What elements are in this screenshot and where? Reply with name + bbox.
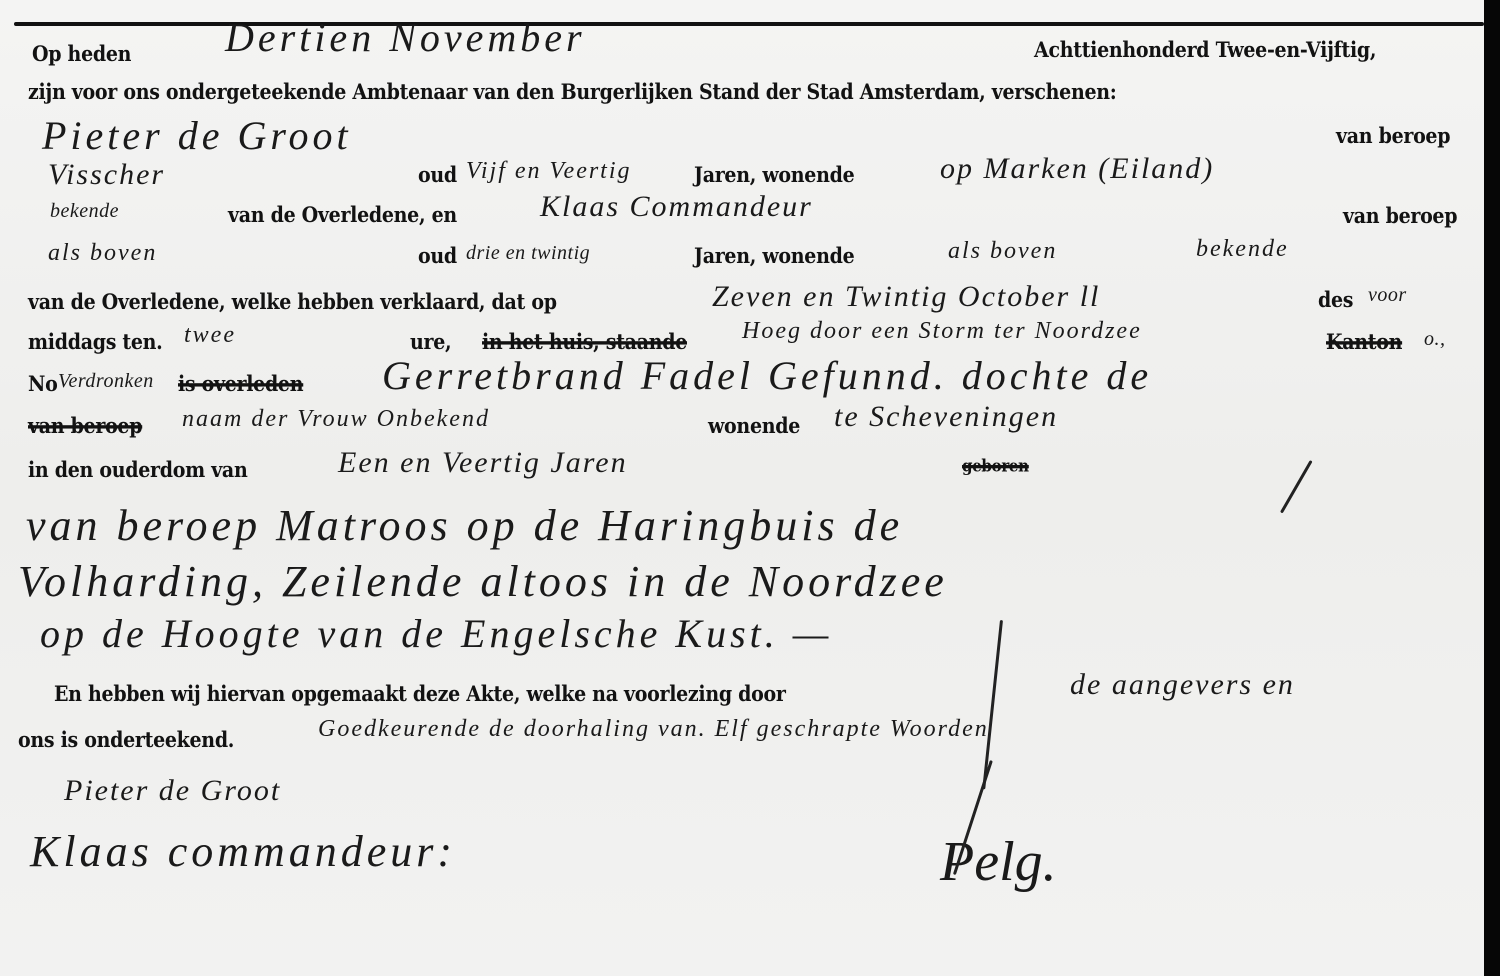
printed-middags-ten: middags ten. <box>28 330 163 355</box>
printed-op-heden: Op heden <box>32 42 131 67</box>
printed-ouderdom: in den ouderdom van <box>28 458 247 483</box>
printed-des: des <box>1318 288 1353 313</box>
pen-flourish-stroke <box>982 620 1003 789</box>
printed-verklaard: van de Overledene, welke hebben verklaar… <box>28 290 557 315</box>
printed-van-beroep-struck: van beroep <box>28 414 142 439</box>
handwritten-declarant1-relation: bekende <box>50 200 119 223</box>
handwritten-declarant1-residence: op Marken (Eiland) <box>940 152 1214 186</box>
handwritten-declarant1-name: Pieter de Groot <box>42 112 352 159</box>
handwritten-declarant2-name: Klaas Commandeur <box>540 190 813 224</box>
printed-closing-line2: ons is onderteekend. <box>18 728 234 753</box>
signature-pieter-de-groot: Pieter de Groot <box>64 774 281 808</box>
printed-uur: ure, <box>410 330 451 355</box>
printed-closing-line1: En hebben wij hiervan opgemaakt deze Akt… <box>54 682 786 707</box>
printed-jaren-wonende-1: Jaren, wonende <box>694 163 854 188</box>
printed-overleden-struck: is overleden <box>178 372 303 397</box>
handwritten-declarant2-age: drie en twintig <box>466 242 590 265</box>
handwritten-narrative-line1: van beroep Matroos op de Haringbuis de <box>26 500 903 551</box>
scan-edge-border <box>1484 0 1500 976</box>
handwritten-naam-der-vrouw: naam der Vrouw Onbekend <box>182 406 490 433</box>
pen-flourish-stroke <box>1280 460 1313 513</box>
handwritten-declarant1-occupation: Visscher <box>48 158 165 192</box>
handwritten-place: Hoeg door een Storm ter Noordzee <box>742 318 1142 345</box>
printed-jaren-wonende-2: Jaren, wonende <box>694 244 854 269</box>
handwritten-closing-cont1: de aangevers en <box>1070 668 1295 702</box>
handwritten-des-suffix: voor <box>1368 284 1407 307</box>
printed-van-beroep-1: van beroep <box>1336 124 1450 149</box>
handwritten-declarant2-residence: als boven <box>948 238 1057 265</box>
printed-wonende-3: wonende <box>708 414 800 439</box>
printed-oud-1: oud <box>418 163 457 188</box>
handwritten-narrative-line3: op de Hoogte van de Engelsche Kust. — <box>40 610 832 657</box>
handwritten-verdronken: Verdronken <box>58 370 154 393</box>
handwritten-residence: te Scheveningen <box>834 400 1058 434</box>
printed-no: No <box>28 372 57 397</box>
printed-appearance-line: zijn voor ons ondergeteekende Ambtenaar … <box>28 80 1116 105</box>
printed-geboren-struck: geboren <box>962 456 1029 476</box>
handwritten-closing-cont2: Goedkeurende de doorhaling van. Elf gesc… <box>318 716 989 743</box>
handwritten-hour: twee <box>184 322 236 349</box>
printed-van-de-overledene-en: van de Overledene, en <box>228 203 457 228</box>
printed-year: Achttienhonderd Twee-en-Vijftig, <box>1034 38 1376 63</box>
handwritten-declarant2-relation: bekende <box>1196 236 1289 263</box>
handwritten-death-date: Zeven en Twintig October ll <box>712 280 1100 314</box>
printed-oud-2: oud <box>418 244 457 269</box>
handwritten-declarant2-occupation: als boven <box>48 240 157 267</box>
document-page: Op heden Dertien November Achttienhonder… <box>0 0 1484 976</box>
signature-klaas-commandeur: Klaas commandeur: <box>30 826 456 877</box>
handwritten-deceased-name: Gerretbrand Fadel Gefunnd. dochte de <box>382 352 1152 399</box>
printed-van-beroep-2: van beroep <box>1343 204 1457 229</box>
handwritten-date: Dertien November <box>225 14 586 61</box>
printed-in-het-huis-struck: in het huis, staande <box>482 330 687 355</box>
handwritten-narrative-line2: Volharding, Zeilende altoos in de Noordz… <box>18 556 948 607</box>
handwritten-age: Een en Veertig Jaren <box>338 446 628 480</box>
printed-kanton-struck: Kanton <box>1326 330 1402 355</box>
handwritten-declarant1-age: Vijf en Veertig <box>466 158 632 185</box>
handwritten-place-suffix: o., <box>1424 328 1446 351</box>
